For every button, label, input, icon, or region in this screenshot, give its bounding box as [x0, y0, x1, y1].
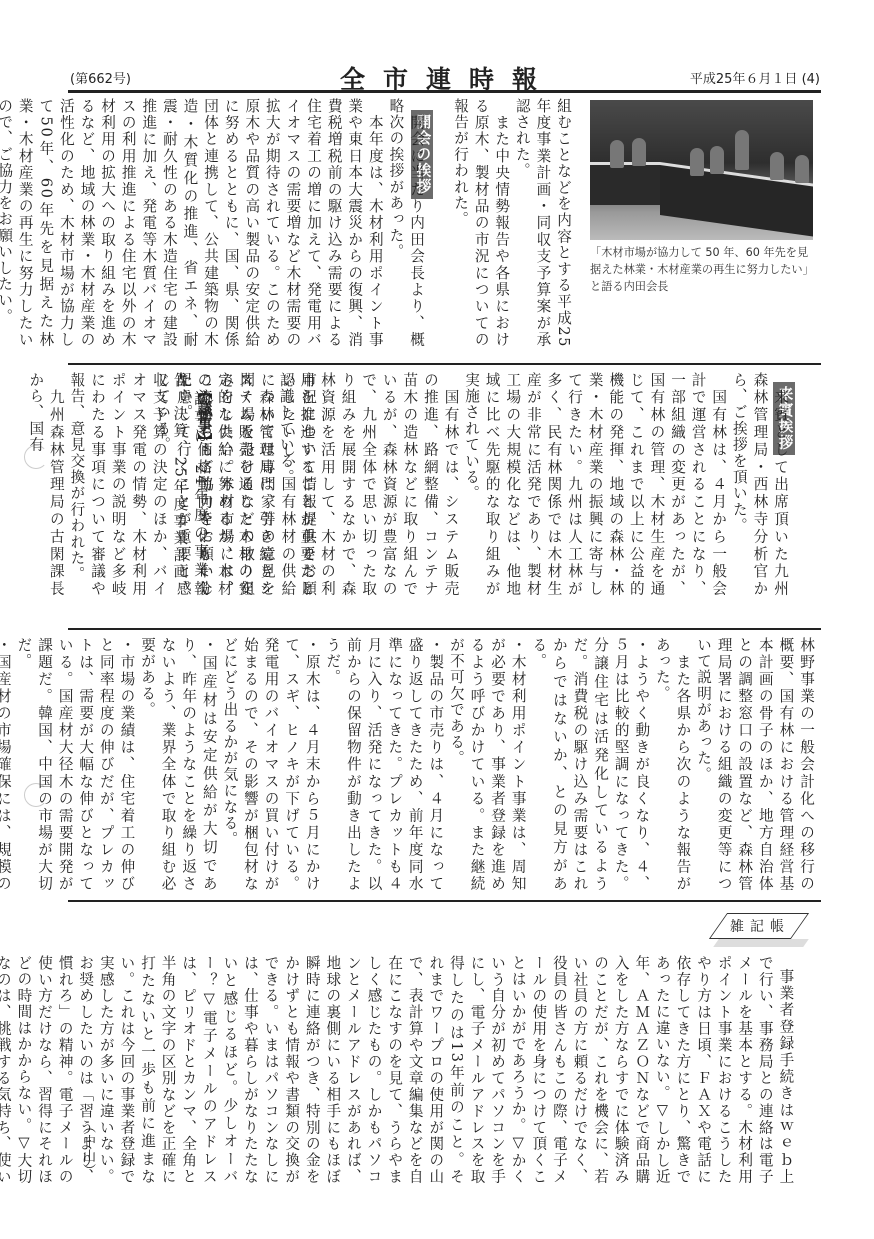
section-rule-1	[68, 363, 821, 365]
photo-person	[610, 140, 624, 168]
photo-caption: 「木材市場が協力して 50 年、60 年先を見据えた林業・木材産業の再生に努力し…	[590, 244, 816, 295]
header-rule	[68, 90, 821, 93]
photo-person	[710, 146, 724, 174]
photo-table-left	[590, 162, 660, 205]
photo-person	[690, 148, 704, 176]
photo	[590, 100, 813, 240]
photo-table-right	[660, 162, 813, 237]
section-rule-3	[68, 900, 821, 902]
article-opening-address: 開会に当たり内田会長より、概略次の挨拶があった。 本年度は、木材利用ポイント事業…	[46, 98, 426, 348]
masthead: (第662号) 全市連時報 平成25年６月１日 (4)	[70, 60, 820, 90]
article-prefecture-reports: 林野事業の一般会計化への移行の概要、国有林における管理経営基本計画の骨子のほか、…	[64, 637, 816, 892]
article-guest-address-cont: 市況について情報提供をお願いしたいし、国有林材の供給については専門家等の意見を聞…	[234, 372, 318, 597]
zakkicho-signature: （中山）	[75, 1120, 97, 1180]
photo-person	[735, 130, 749, 170]
photo-person	[632, 138, 646, 166]
issue-number: (第662号)	[70, 68, 131, 87]
issue-date: 平成25年６月１日 (4)	[690, 68, 820, 87]
article-agenda: 議事は、24年度の事業報告、決算、25年度事業計画、収支予算の決定のほか、バイオ…	[66, 372, 210, 597]
photo-person	[795, 155, 809, 183]
guest-heading-col: 来賓挨拶	[792, 370, 816, 595]
agenda-heading-col: 【議事】	[212, 372, 234, 597]
section-rule-2	[68, 628, 821, 630]
article-intro-end: 組むことなどを内容とする平成25年度事業計画・同収支予算案が承認された。 また中…	[453, 98, 573, 348]
photo-person	[770, 152, 784, 180]
article-guest-address: 来賓として出席頂いた九州森林管理局・西林寺分析官から、ご挨拶を頂いた。 国有林は…	[320, 372, 790, 597]
opening-heading-col: 開会の挨拶	[428, 98, 454, 348]
